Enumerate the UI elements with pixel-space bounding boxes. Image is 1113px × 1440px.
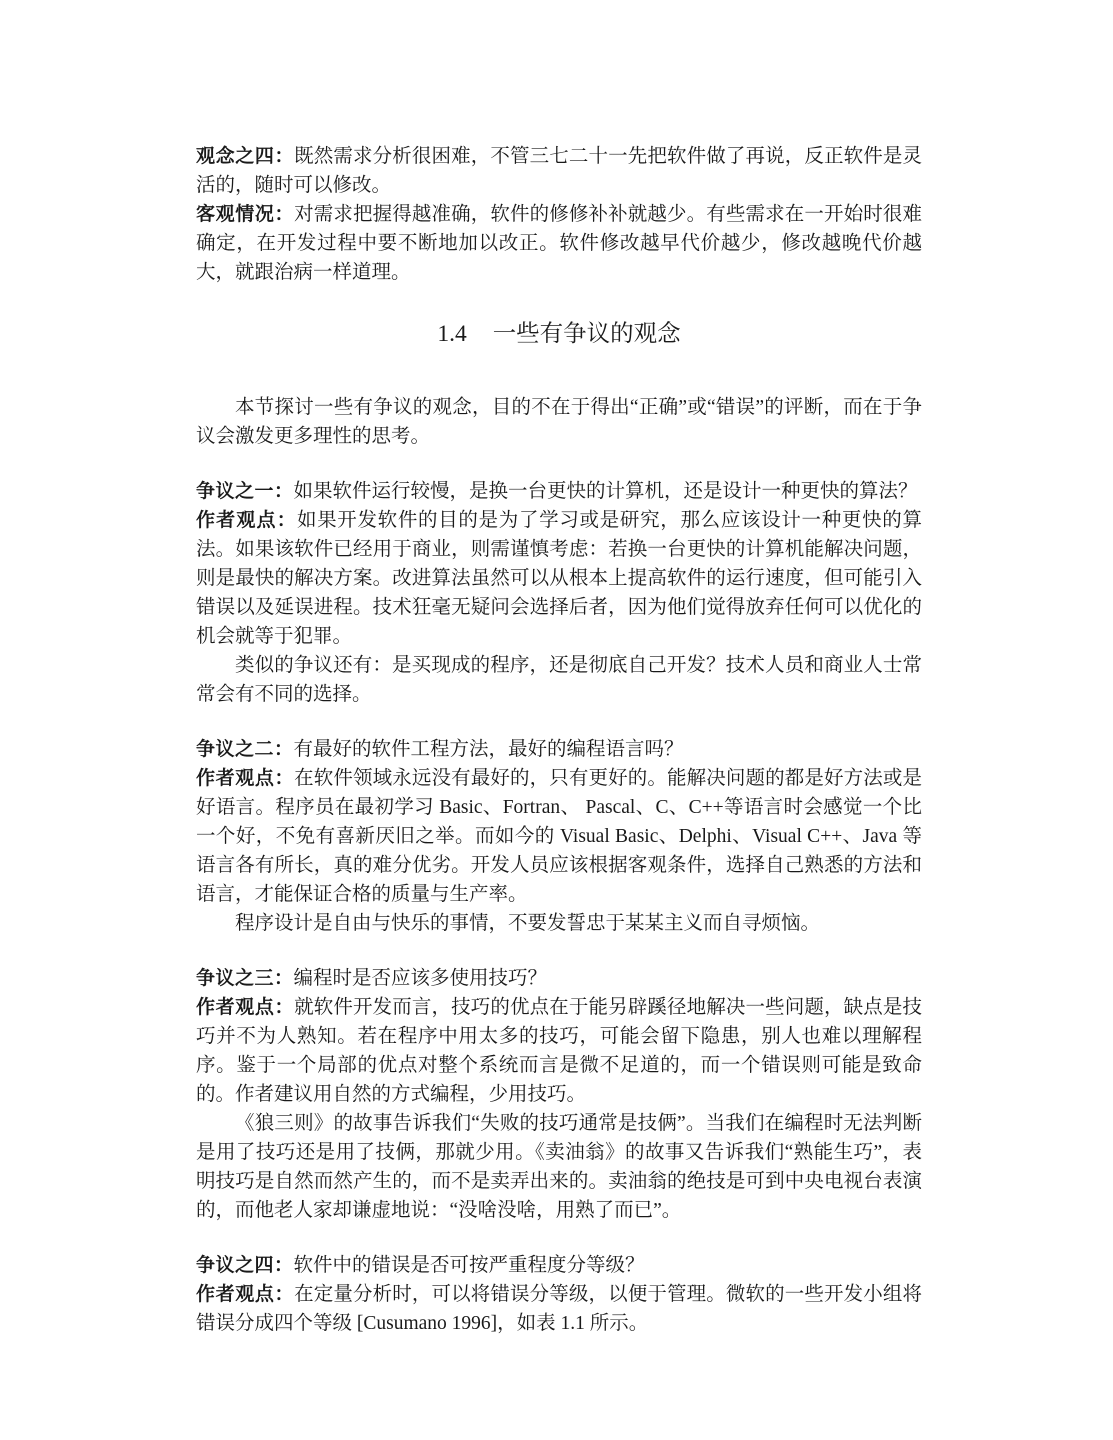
paragraph-label: 作者观点： bbox=[196, 510, 297, 531]
section-heading: 1.4一些有争议的观念 bbox=[196, 319, 922, 349]
paragraph-label: 作者观点： bbox=[196, 768, 294, 789]
document-page: 观念之四：既然需求分析很困难，不管三七二十一先把软件做了再说，反正软件是灵活的，… bbox=[0, 0, 1113, 1440]
paragraph-text: 如果软件运行较慢，是换一台更快的计算机，还是设计一种更快的算法？ bbox=[294, 481, 918, 502]
paragraph-author-view-1: 作者观点：如果开发软件的目的是为了学习或是研究，那么应该设计一种更快的算法。如果… bbox=[196, 506, 922, 651]
paragraph-text: 编程时是否应该多使用技巧？ bbox=[294, 968, 548, 989]
paragraph-intro: 本节探讨一些有争议的观念，目的不在于得出“正确”或“错误”的评断，而在于争议会激… bbox=[196, 393, 922, 451]
paragraph-label: 客观情况： bbox=[196, 204, 294, 225]
paragraph-viewpoint-4: 观念之四：既然需求分析很困难，不管三七二十一先把软件做了再说，反正软件是灵活的，… bbox=[196, 142, 922, 200]
paragraph-label: 争议之三： bbox=[196, 968, 294, 989]
paragraph-label: 作者观点： bbox=[196, 1284, 294, 1305]
paragraph-text: 《狼三则》的故事告诉我们“失败的技巧通常是技俩”。当我们在编程时无法判断是用了技… bbox=[196, 1113, 922, 1221]
paragraph-text: 如果开发软件的目的是为了学习或是研究，那么应该设计一种更快的算法。如果该软件已经… bbox=[196, 510, 922, 647]
paragraph-text: 在软件领域永远没有最好的，只有更好的。能解决问题的都是好方法或是好语言。程序员在… bbox=[196, 768, 922, 905]
paragraph-text: 对需求把握得越准确，软件的修修补补就越少。有些需求在一开始时很难确定，在开发过程… bbox=[196, 204, 922, 283]
paragraph-dispute-1: 争议之一：如果软件运行较慢，是换一台更快的计算机，还是设计一种更快的算法？ bbox=[196, 477, 922, 506]
paragraph-text: 类似的争议还有：是买现成的程序，还是彻底自己开发？技术人员和商业人士常常会有不同… bbox=[196, 655, 922, 705]
paragraph-dispute-2: 争议之二：有最好的软件工程方法，最好的编程语言吗？ bbox=[196, 735, 922, 764]
paragraph-dispute-3: 争议之三：编程时是否应该多使用技巧？ bbox=[196, 964, 922, 993]
paragraph-similar-dispute: 类似的争议还有：是买现成的程序，还是彻底自己开发？技术人员和商业人士常常会有不同… bbox=[196, 651, 922, 709]
paragraph-label: 争议之四： bbox=[196, 1255, 294, 1276]
paragraph-text: 软件中的错误是否可按严重程度分等级？ bbox=[294, 1255, 645, 1276]
paragraph-author-view-3: 作者观点：就软件开发而言，技巧的优点在于能另辟蹊径地解决一些问题，缺点是技巧并不… bbox=[196, 993, 922, 1109]
paragraph-label: 争议之一： bbox=[196, 481, 294, 502]
paragraph-author-view-4: 作者观点：在定量分析时，可以将错误分等级，以便于管理。微软的一些开发小组将错误分… bbox=[196, 1280, 922, 1338]
paragraph-text: 有最好的软件工程方法，最好的编程语言吗？ bbox=[294, 739, 684, 760]
paragraph-dispute-4: 争议之四：软件中的错误是否可按严重程度分等级？ bbox=[196, 1251, 922, 1280]
paragraph-story: 《狼三则》的故事告诉我们“失败的技巧通常是技俩”。当我们在编程时无法判断是用了技… bbox=[196, 1109, 922, 1225]
paragraph-label: 争议之二： bbox=[196, 739, 294, 760]
section-number: 1.4 bbox=[437, 321, 466, 347]
paragraph-programming-freedom: 程序设计是自由与快乐的事情，不要发誓忠于某某主义而自寻烦恼。 bbox=[196, 909, 922, 938]
section-title: 一些有争议的观念 bbox=[493, 321, 681, 347]
paragraph-text: 既然需求分析很困难，不管三七二十一先把软件做了再说，反正软件是灵活的，随时可以修… bbox=[196, 146, 922, 196]
paragraph-objective-situation: 客观情况：对需求把握得越准确，软件的修修补补就越少。有些需求在一开始时很难确定，… bbox=[196, 200, 922, 287]
paragraph-text: 本节探讨一些有争议的观念，目的不在于得出“正确”或“错误”的评断，而在于争议会激… bbox=[196, 397, 922, 447]
paragraph-text: 程序设计是自由与快乐的事情，不要发誓忠于某某主义而自寻烦恼。 bbox=[235, 913, 820, 934]
text-content: 观念之四：既然需求分析很困难，不管三七二十一先把软件做了再说，反正软件是灵活的，… bbox=[196, 142, 922, 1338]
paragraph-text: 就软件开发而言，技巧的优点在于能另辟蹊径地解决一些问题，缺点是技巧并不为人熟知。… bbox=[196, 997, 922, 1105]
paragraph-text: 在定量分析时，可以将错误分等级，以便于管理。微软的一些开发小组将错误分成四个等级… bbox=[196, 1284, 922, 1334]
paragraph-label: 观念之四： bbox=[196, 146, 294, 167]
paragraph-author-view-2: 作者观点：在软件领域永远没有最好的，只有更好的。能解决问题的都是好方法或是好语言… bbox=[196, 764, 922, 909]
paragraph-label: 作者观点： bbox=[196, 997, 294, 1018]
